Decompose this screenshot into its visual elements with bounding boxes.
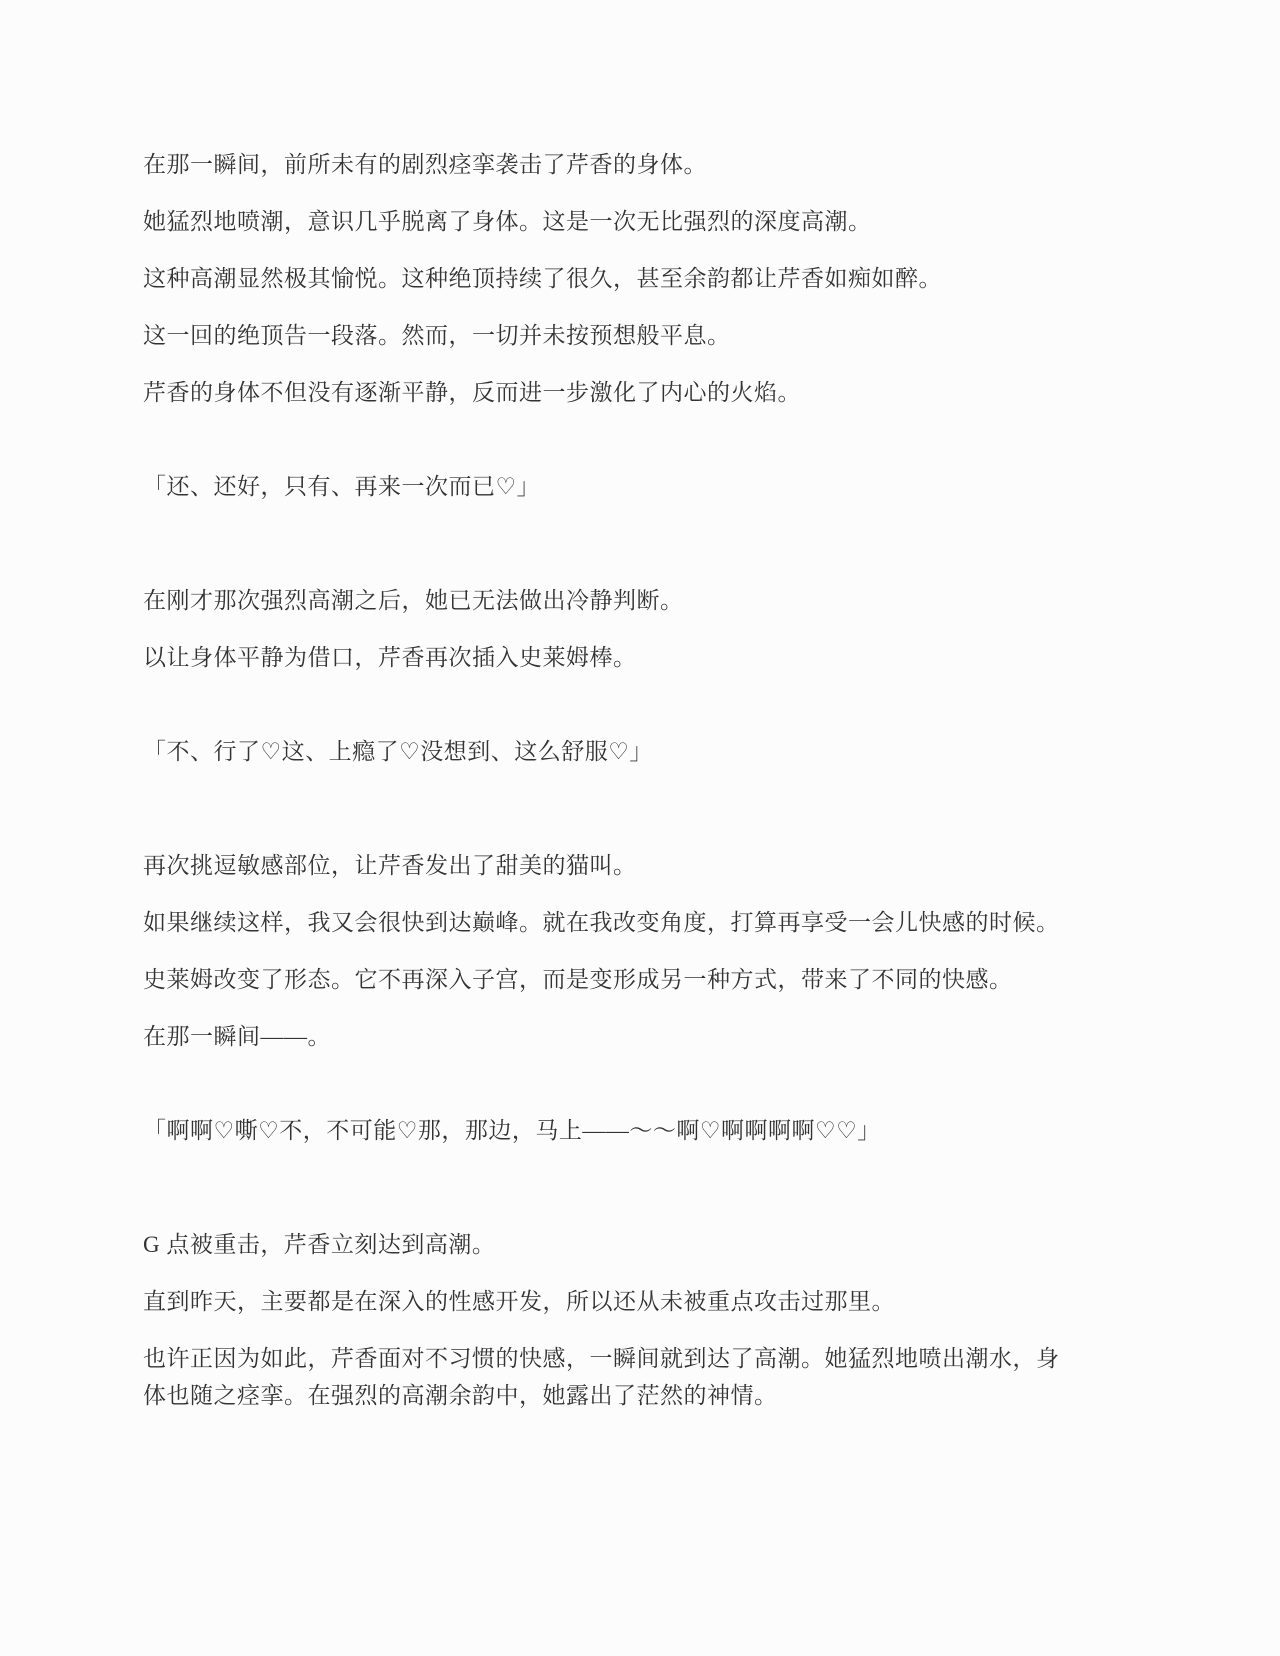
dialogue-line: 「啊啊♡嘶♡不，不可能♡那，那边，马上——～～啊♡啊啊啊啊♡♡」 <box>143 1112 1078 1149</box>
narration-paragraph: 这一回的绝顶告一段落。然而，一切并未按预想般平息。 <box>143 317 1078 354</box>
narration-paragraph: 再次挑逗敏感部位，让芹香发出了甜美的猫叫。 <box>143 847 1078 884</box>
narration-paragraph: G 点被重击，芹香立刻达到高潮。 <box>143 1226 1078 1263</box>
dialogue-line: 「还、还好，只有、再来一次而已♡」 <box>143 468 1078 505</box>
narration-paragraph: 在那一瞬间——。 <box>143 1018 1078 1055</box>
narration-paragraph: 如果继续这样，我又会很快到达巅峰。就在我改变角度，打算再享受一会儿快感的时候。 <box>143 904 1078 941</box>
narration-paragraph: 以让身体平静为借口，芹香再次插入史莱姆棒。 <box>143 639 1078 676</box>
text-column: 在那一瞬间，前所未有的剧烈痉挛袭击了芹香的身体。 她猛烈地喷潮，意识几乎脱离了身… <box>143 146 1078 1414</box>
narration-paragraph: 也许正因为如此，芹香面对不习惯的快感，一瞬间就到达了高潮。她猛烈地喷出潮水，身体… <box>143 1340 1078 1414</box>
novel-page: 在那一瞬间，前所未有的剧烈痉挛袭击了芹香的身体。 她猛烈地喷潮，意识几乎脱离了身… <box>0 0 1280 1656</box>
narration-paragraph: 史莱姆改变了形态。它不再深入子宫，而是变形成另一种方式，带来了不同的快感。 <box>143 961 1078 998</box>
narration-paragraph: 在那一瞬间，前所未有的剧烈痉挛袭击了芹香的身体。 <box>143 146 1078 183</box>
narration-paragraph: 在刚才那次强烈高潮之后，她已无法做出冷静判断。 <box>143 582 1078 619</box>
narration-paragraph: 芹香的身体不但没有逐渐平静，反而进一步激化了内心的火焰。 <box>143 374 1078 411</box>
dialogue-line: 「不、行了♡这、上瘾了♡没想到、这么舒服♡」 <box>143 733 1078 770</box>
narration-paragraph: 她猛烈地喷潮，意识几乎脱离了身体。这是一次无比强烈的深度高潮。 <box>143 203 1078 240</box>
narration-paragraph: 直到昨天，主要都是在深入的性感开发，所以还从未被重点攻击过那里。 <box>143 1283 1078 1320</box>
narration-paragraph: 这种高潮显然极其愉悦。这种绝顶持续了很久，甚至余韵都让芹香如痴如醉。 <box>143 260 1078 297</box>
